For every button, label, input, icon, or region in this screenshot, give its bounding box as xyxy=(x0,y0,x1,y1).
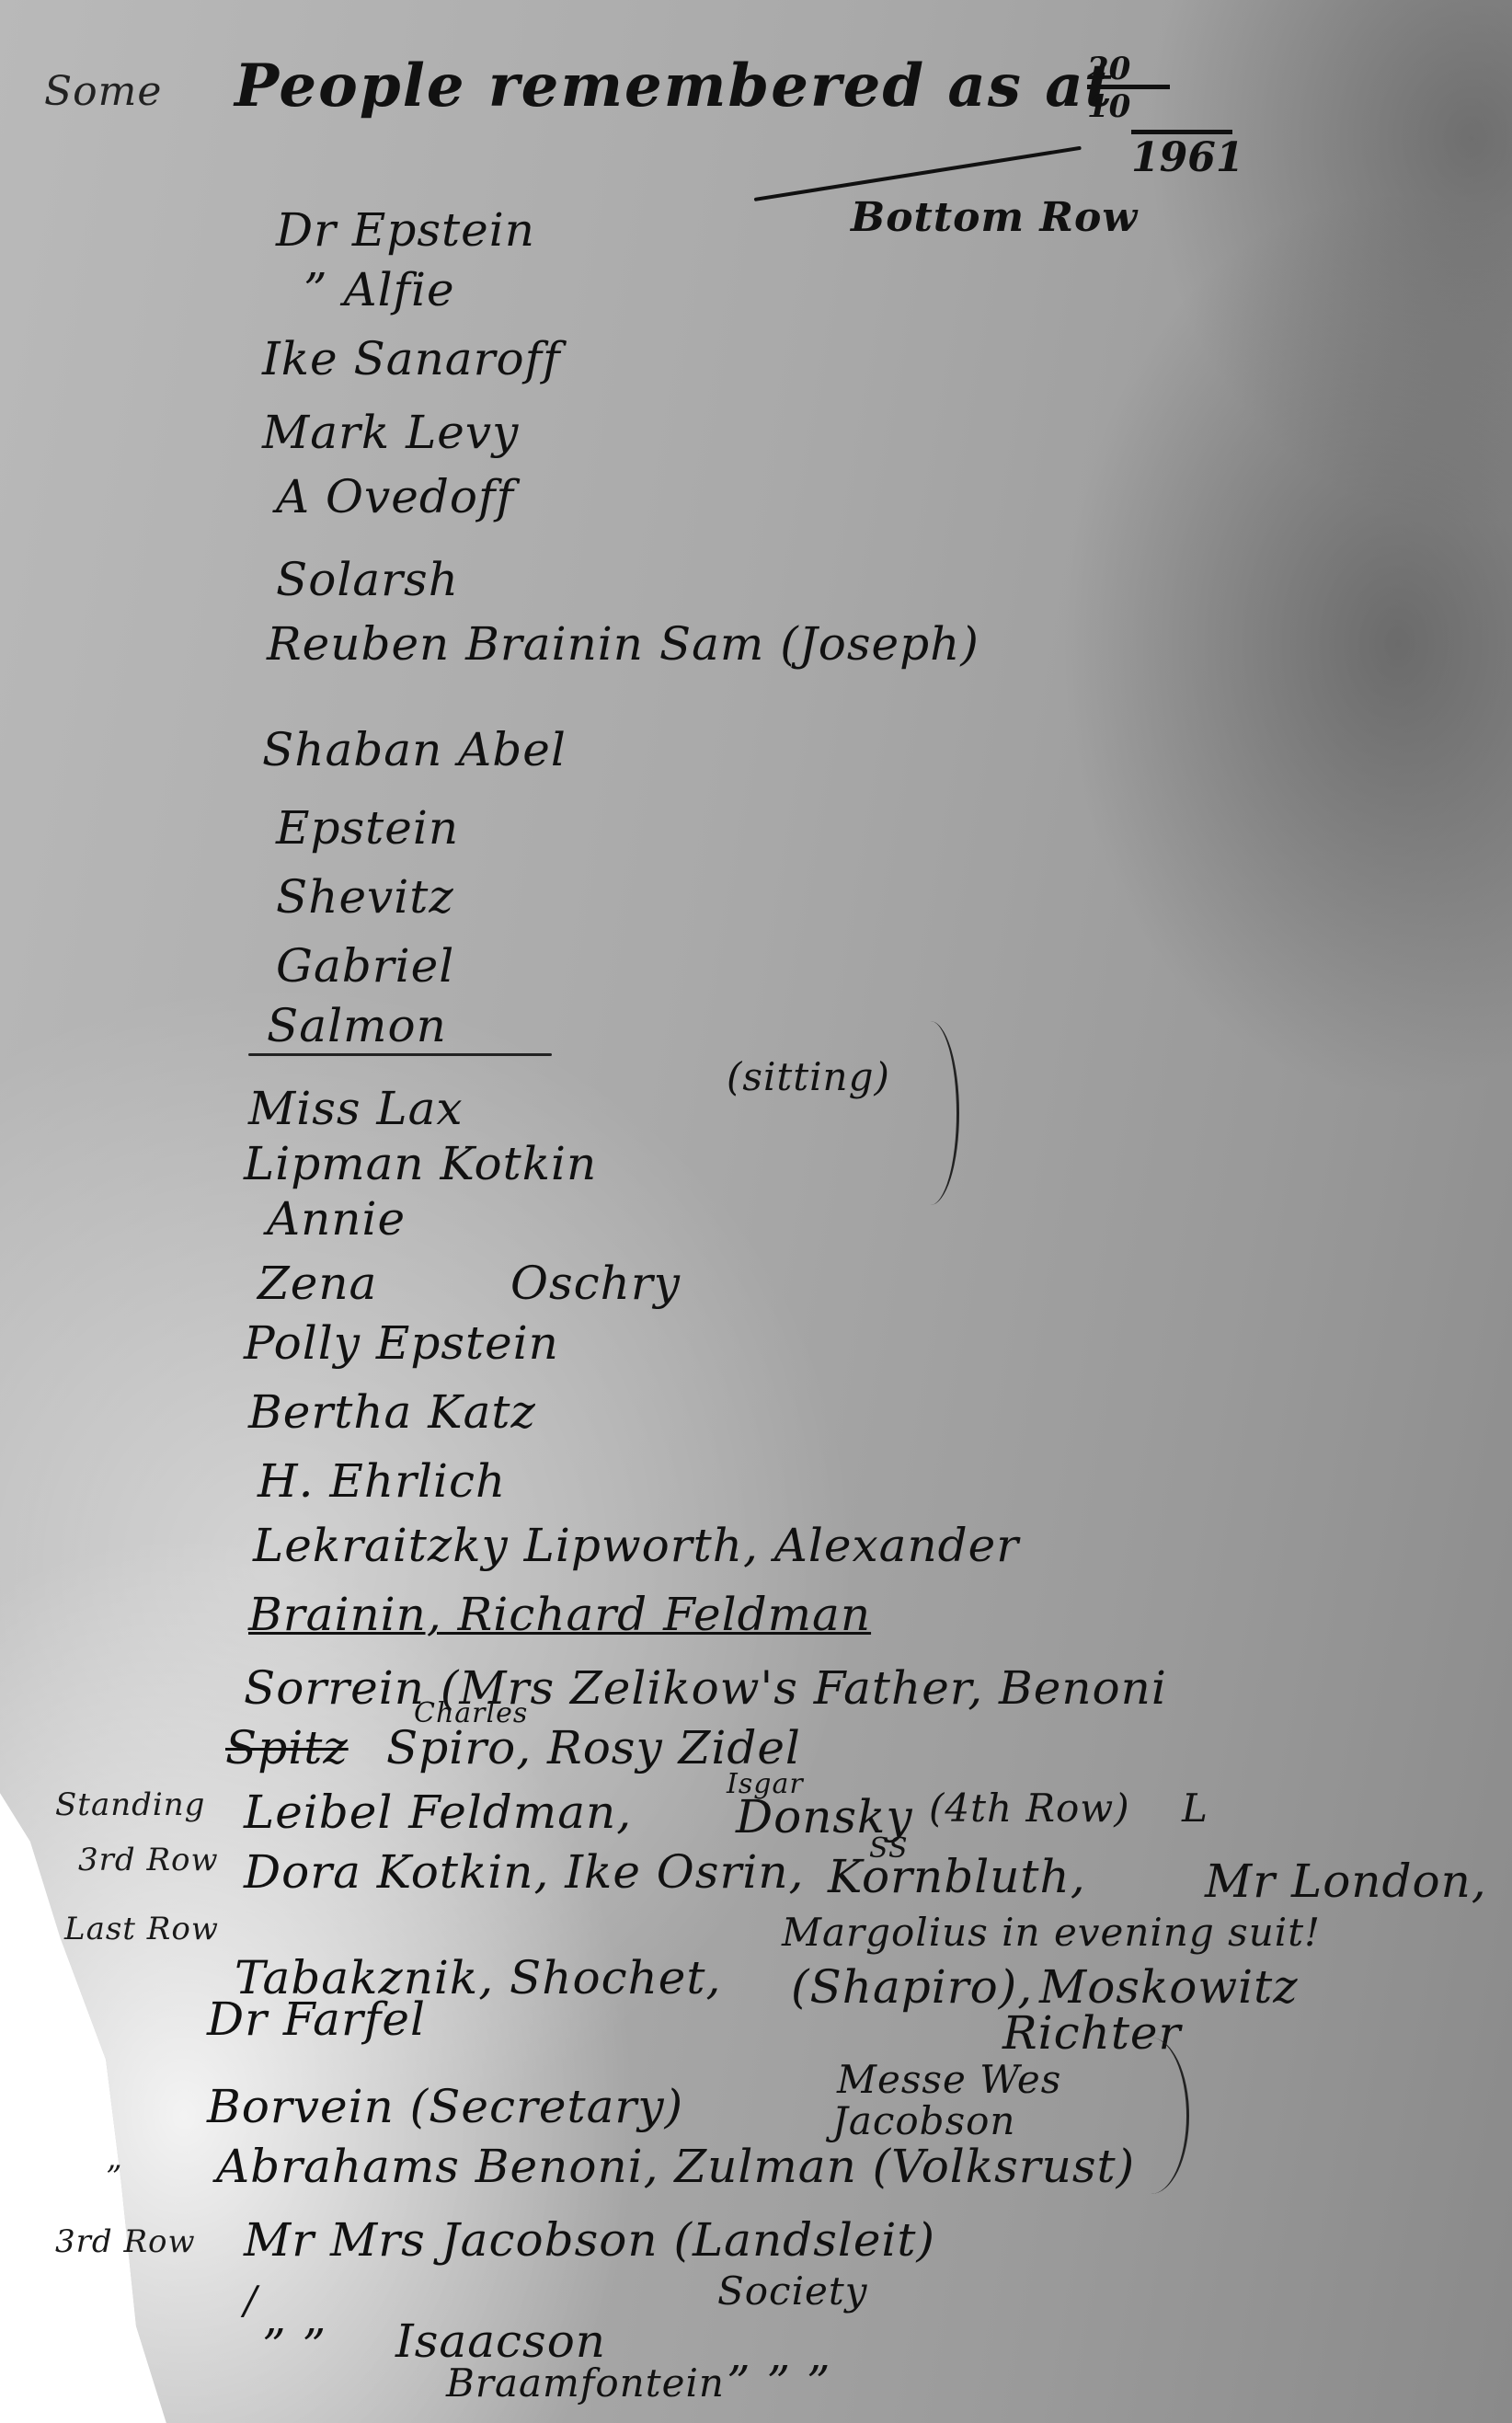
date-fraction: 20 10 1961 xyxy=(1067,53,1232,178)
header-word-some: Some xyxy=(44,72,162,112)
list-line: Abrahams Benoni, Zulman (Volksrust) xyxy=(216,2143,1135,2189)
sitting-label: (sitting) xyxy=(727,1058,890,1097)
handwritten-document: Some People remembered as at 20 10 1961 … xyxy=(0,0,1512,2423)
list-name: Moskowitz xyxy=(1039,1964,1299,2010)
list-item: Polly Epstein xyxy=(244,1320,559,1366)
list-name: (Shapiro), xyxy=(791,1964,1033,2010)
side-note: Jacobson xyxy=(832,2102,1015,2141)
corner-mark: L xyxy=(1182,1789,1208,1828)
list-line: Spiro, Rosy Zidel xyxy=(386,1725,801,1771)
list-item: Shevitz xyxy=(276,874,454,920)
list-line: Dora Kotkin, Ike Osrin, xyxy=(244,1849,804,1895)
ditto-marks: ” ” xyxy=(262,2323,326,2369)
list-item: Epstein xyxy=(276,805,459,851)
list-item: Zena xyxy=(258,1260,377,1306)
row-note: (4th Row) xyxy=(929,1789,1130,1828)
list-line: Brainin, Richard Feldman xyxy=(248,1591,871,1637)
date-month: 10 xyxy=(1087,85,1170,122)
list-name: Kornbluth, xyxy=(828,1854,1086,1900)
list-item: Solarsh xyxy=(276,557,459,603)
list-item: Reuben Brainin Sam (Joseph) xyxy=(267,621,979,667)
list-item: Annie xyxy=(267,1196,406,1242)
list-item: ” Alfie xyxy=(304,267,455,313)
ditto-marks: ” ” ” xyxy=(727,2360,830,2406)
list-item: Mark Levy xyxy=(262,409,519,455)
section-divider xyxy=(248,1053,552,1056)
list-line: Leibel Feldman, xyxy=(244,1789,632,1835)
list-line: Lekraitzky Lipworth, Alexander xyxy=(253,1522,1019,1568)
list-item: Dr Epstein xyxy=(276,207,535,253)
margin-label-last-row: Last Row xyxy=(64,1913,219,1945)
list-name: Isaacson xyxy=(395,2318,606,2364)
list-item: Shaban Abel xyxy=(262,727,567,773)
side-note: Messe Wes xyxy=(837,2061,1061,2099)
insert-note: Margolius in evening suit! xyxy=(782,1913,1321,1952)
tick-mark: / xyxy=(244,2281,258,2320)
list-item: H. Ehrlich xyxy=(258,1458,506,1504)
list-item: Oschry xyxy=(510,1260,681,1306)
list-line: Sorrein (Mrs Zelikow's Father, Benoni xyxy=(244,1665,1167,1711)
page-title: People remembered as at xyxy=(235,57,1114,116)
list-name: Dr Farfel xyxy=(207,1996,426,2042)
list-item: Gabriel xyxy=(276,943,454,989)
sitting-bracket xyxy=(901,1021,959,1205)
list-name: Society xyxy=(717,2272,867,2311)
list-item: A Ovedoff xyxy=(276,474,514,520)
date-day: 20 xyxy=(1087,53,1232,85)
list-item: Lipman Kotkin xyxy=(244,1141,597,1187)
date-year: 1961 xyxy=(1131,130,1232,178)
list-line: Mr Mrs Jacobson (Landsleit) xyxy=(244,2217,935,2263)
margin-label-3rd-row: 3rd Row xyxy=(78,1844,219,1876)
list-line: Borvein (Secretary) xyxy=(207,2084,683,2130)
bottom-row-label: Bottom Row xyxy=(851,198,1138,238)
ditto-mark: ” xyxy=(106,2162,122,2193)
margin-label-3rd-row-lower: 3rd Row xyxy=(55,2226,196,2257)
list-name: Braamfontein xyxy=(446,2364,725,2403)
header-connector-line xyxy=(754,146,1082,201)
list-item: Bertha Katz xyxy=(248,1389,536,1435)
struck-word: Spitz xyxy=(225,1725,349,1771)
list-item: Ike Sanaroff xyxy=(262,336,561,382)
margin-label-standing: Standing xyxy=(55,1789,205,1820)
list-item: Salmon xyxy=(267,1003,447,1049)
list-name: Mr London, xyxy=(1205,1858,1487,1904)
list-item: Miss Lax xyxy=(248,1085,464,1131)
